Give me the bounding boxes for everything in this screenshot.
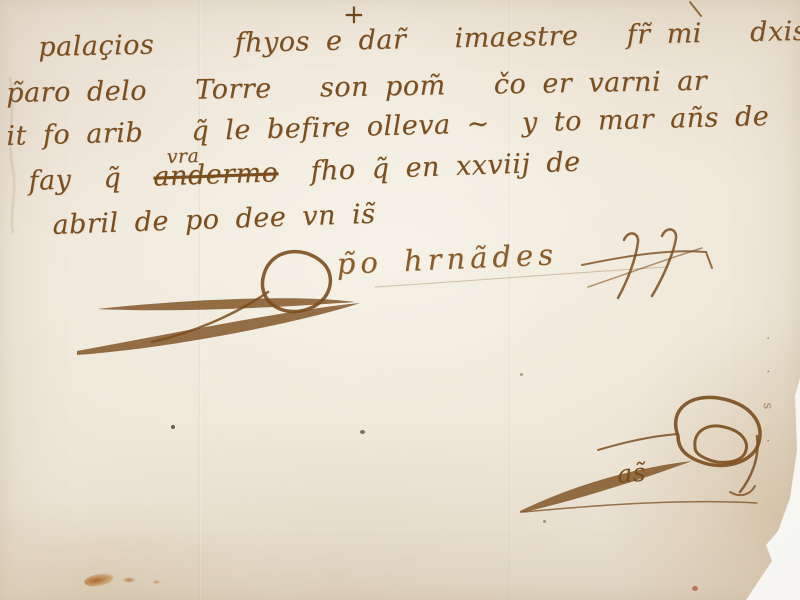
photo-backdrop: + palaçios fhyos e dar̃ imaestre fr̃ mi … — [0, 0, 800, 600]
text-line-5-date: abril de po dee vn is̃ — [52, 199, 376, 241]
rubric-ray — [520, 461, 692, 513]
signature-paraph-loop — [262, 252, 330, 312]
line4-post-text: fho q̃ en xxviij de — [278, 147, 581, 189]
ink-speck-1 — [171, 425, 175, 429]
bottom-abbreviation-mark: as̃ — [616, 457, 647, 488]
signature-cross-stroke-1 — [582, 251, 712, 268]
ink-speck-3 — [692, 586, 698, 591]
top-edge-ink-tick — [690, 2, 701, 16]
right-margin-marks: · · s · — [760, 336, 775, 451]
rust-stain-small — [122, 577, 136, 583]
line4-pre-text: fay q̃ — [28, 162, 154, 197]
rubric-knot-hook — [730, 486, 755, 495]
rubric-knot-outer-loop — [676, 397, 760, 465]
rust-stain-tiny — [152, 580, 161, 584]
rubric-knot-inner-loop — [695, 426, 747, 462]
signature-text: p̃o hrnãdes — [336, 237, 559, 281]
paraph-connector-stroke — [152, 292, 268, 342]
line4-correction: vraandermo — [153, 157, 279, 192]
signature-end-flourish-2 — [652, 229, 676, 296]
text-line-4: fay q̃ vraandermo fho q̃ en xxviij de — [28, 147, 581, 197]
rubric-knot-tail — [740, 436, 758, 492]
line4-inserted-word: vra — [166, 145, 199, 168]
ink-speck-4 — [543, 520, 546, 523]
text-line-2: p̃aro delo Torre son pom̃ čo er varni ar — [6, 66, 707, 109]
manuscript-paper: + palaçios fhyos e dar̃ imaestre fr̃ mi … — [0, 0, 800, 600]
rust-stain-large — [83, 571, 115, 588]
ink-speck-5 — [520, 373, 523, 376]
paraph-upper-ray — [97, 298, 355, 310]
text-line-3: it fo arib q̃ le befire olleva ~ y to ma… — [6, 101, 770, 152]
rubric-upper-swoosh — [598, 434, 678, 450]
text-line-1: palaçios fhyos e dar̃ imaestre fr̃ mi dx… — [38, 14, 800, 62]
signature-end-flourish-1 — [618, 233, 638, 298]
signature-cross-stroke-2 — [588, 248, 702, 287]
rubric-underline — [523, 502, 757, 512]
ink-speck-2 — [360, 430, 365, 434]
paraph-lower-ray — [77, 303, 360, 355]
